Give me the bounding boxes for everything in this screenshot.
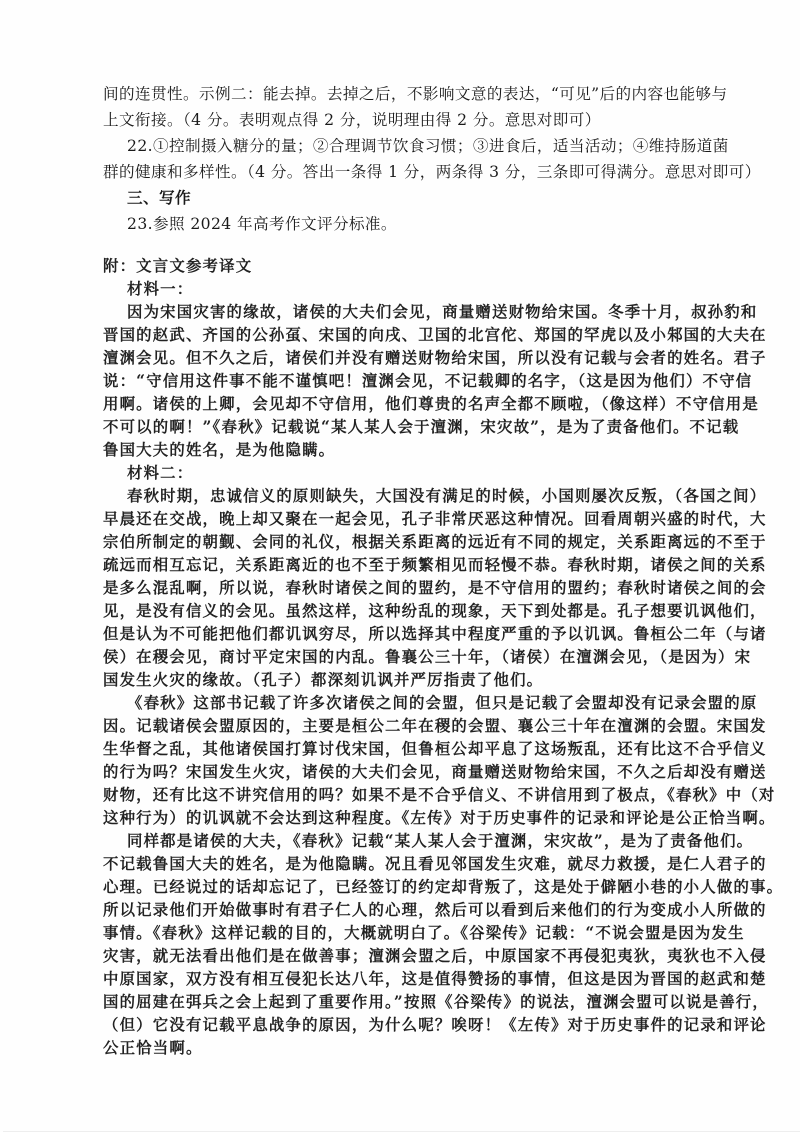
material-2-p2-line: 《春秋》这部书记载了许多次诸侯之间的会盟，但只是记载了会盟却没有记录会盟的原 — [127, 693, 757, 713]
material-2-p1-line: 宗伯所制定的朝觐、会同的礼仪，根据关系距离的远近有不同的规定，关系距离远的不至于 — [103, 532, 767, 552]
material-2-p3-line: 公正恰当啊。 — [103, 1038, 203, 1058]
material-2-p3-line: 同样都是诸侯的大夫，《春秋》记载“某人某人会于澶渊，宋灾故”，是为了责备他们。 — [127, 831, 753, 851]
q21-answer-line-1: 间的连贯性。示例二：能去掉。去掉之后，不影响文意的表达，“可见”后的内容也能够与 — [103, 84, 728, 104]
q22-answer-line-1: 22.①控制摄入糖分的量；②合理调节饮食习惯；③进食后，适当活动；④维持肠道菌 — [127, 136, 729, 156]
material-1-line: 澶渊会见。但不久之后，诸侯们并没有赠送财物给宋国，所以没有记载与会者的姓名。君子 — [103, 348, 767, 368]
material-1-line: 鲁国大夫的姓名，是为他隐瞒。 — [103, 440, 335, 460]
material-2-label: 材料二： — [127, 463, 193, 483]
material-2-p3-line: 国的屈建在弭兵之会上起到了重要作用。”按照《谷梁传》的说法，澶渊会盟可以说是善行… — [103, 992, 769, 1012]
material-2-p1-line: 侯）在稷会见，商讨平定宋国的内乱。鲁襄公三十年，（诸侯）在澶渊会见，（是因为）宋 — [103, 647, 751, 667]
material-2-p1-line: 是多么混乱啊，所以说，春秋时诸侯之间的盟约，是不守信用的盟约；春秋时诸侯之间的会 — [103, 578, 767, 598]
material-1-line: 因为宋国灾害的缘故，诸侯的大夫们会见，商量赠送财物给宋国。冬季十月，叔孙豹和 — [127, 302, 757, 322]
q22-answer-line-2: 群的健康和多样性。（4 分。答出一条得 1 分，两条得 3 分，三条即可得满分。… — [103, 162, 761, 182]
material-2-p2-line: 的行为吗？宋国发生火灾，诸侯的大夫们会见，商量赠送财物给宋国，不久之后却没有赠送 — [103, 762, 767, 782]
document-page: 间的连贯性。示例二：能去掉。去掉之后，不影响文意的表达，“可见”后的内容也能够与… — [0, 0, 800, 1132]
material-2-p1-line: 但是认为不可能把他们都讥讽穷尽，所以选择其中程度严重的予以讥讽。鲁桓公二年（与诸 — [103, 624, 767, 644]
appendix-title: 附：文言文参考译文 — [103, 256, 252, 276]
material-2-p1-line: 春秋时期，忠诚信义的原则缺失，大国没有满足的时候，小国则屡次反叛，（各国之间） — [127, 486, 766, 506]
material-2-p3-line: 事情。《春秋》这样记载的目的，大概就明白了。《谷梁传》记载：“不说会盟是因为发生 — [103, 923, 745, 943]
material-1-line: 说：“守信用这件事不能不谨慎吧！澶渊会见，不记载卿的名字，（这是因为他们）不守信 — [103, 371, 752, 391]
material-2-p3-line: 所以记录他们开始做事时有君子仁人的心理，然后可以看到后来他们的行为变成小人所做的 — [103, 900, 767, 920]
q23-answer: 23.参照 2024 年高考作文评分标准。 — [127, 214, 397, 234]
section-3-heading: 三、写作 — [127, 188, 191, 208]
material-2-p1-line: 国发生火灾的缘故。（孔子）都深刻讥讽并严厉指责了他们。 — [103, 670, 543, 690]
material-2-p2-line: 因。记载诸侯会盟原因的，主要是桓公二年在稷的会盟、襄公三十年在澶渊的会盟。宋国发 — [103, 716, 767, 736]
material-2-p3-line: 不记载鲁国大夫的姓名，是为他隐瞒。况且看见邻国发生灾难，就尽力救援，是仁人君子的 — [103, 854, 767, 874]
material-2-p3-line: （但）它没有记载平息战争的原因，为什么呢？唉呀！《左传》对于历史事件的记录和评论 — [103, 1015, 767, 1035]
material-1-line: 用啊。诸侯的上卿，会见却不守信用，他们尊贵的名声全都不顾啦，（像这样）不守信用是 — [103, 394, 759, 414]
material-2-p1-line: 早晨还在交战，晚上却又聚在一起会见，孔子非常厌恶这种情况。回看周朝兴盛的时代，大 — [103, 509, 767, 529]
material-2-p2-line: 生华督之乱，其他诸侯国打算讨伐宋国，但鲁桓公却平息了这场叛乱，还有比这不合乎信义 — [103, 739, 767, 759]
material-2-p1-line: 见，是没有信义的会见。虽然这样，这种纷乱的现象，天下到处都是。孔子想要讥讽他们， — [103, 601, 767, 621]
material-2-p3-line: 心理。已经说过的话却忘记了，已经签订的约定却背叛了，这是处于僻陋小巷的小人做的事… — [103, 877, 783, 897]
material-2-p3-line: 灾害，就无法看出他们是在做善事；澶渊会盟之后，中原国家不再侵犯夷狄，夷狄也不入侵 — [103, 946, 767, 966]
material-1-line: 晋国的赵武、齐国的公孙虿、宋国的向戌、卫国的北宫佗、郑国的罕虎以及小邾国的大夫在 — [103, 325, 767, 345]
material-2-p2-line: 这种行为）的讥讽就不会达到这种程度。《左传》对于历史事件的记录和评论是公正恰当啊… — [103, 808, 776, 828]
q21-answer-line-2: 上文衔接。（4 分。表明观点得 2 分，说明理由得 2 分。意思对即可） — [103, 110, 601, 130]
material-2-p2-line: 财物，还有比这不讲究信用的吗？如果不是不合乎信义、不讲信用到了极点，《春秋》中（… — [103, 785, 776, 805]
material-1-label: 材料一： — [127, 279, 193, 299]
material-2-p3-line: 中原国家，双方没有相互侵犯长达八年，这是值得赞扬的事情，但这是因为晋国的赵武和楚 — [103, 969, 767, 989]
material-1-line: 不可以的啊！”《春秋》记载说“某人某人会于澶渊，宋灾故”，是为了责备他们。不记载 — [103, 417, 739, 437]
material-2-p1-line: 疏远而相互忘记，关系距离近的也不至于频繁相见而轻慢不恭。春秋时期，诸侯之间的关系 — [103, 555, 767, 575]
